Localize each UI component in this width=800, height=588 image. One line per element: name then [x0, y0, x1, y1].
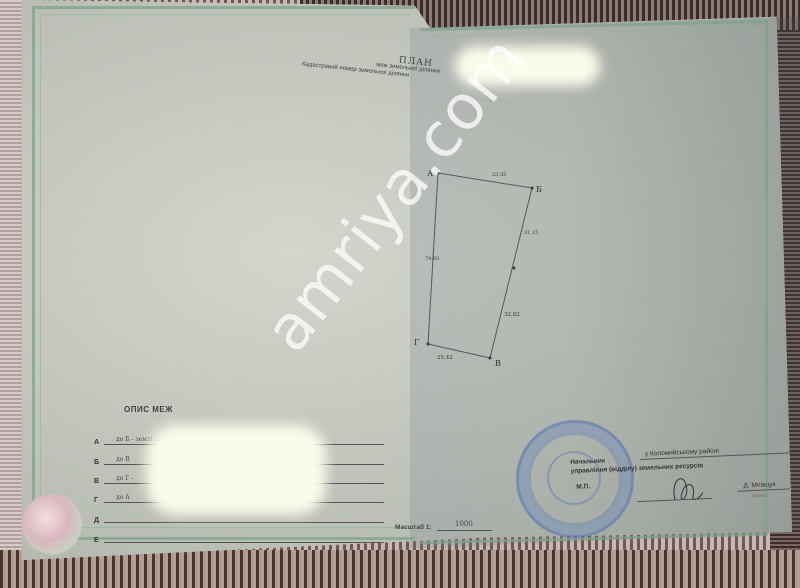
boundaries-title: ОПИС МЕЖ: [124, 405, 173, 414]
boundary-row: Е: [94, 530, 384, 544]
scale-value: 1000: [455, 520, 473, 528]
segment-length-ab: 23,55: [492, 172, 506, 178]
plot-outline: [428, 173, 532, 358]
scale-label: Масштаб 1:: [395, 524, 432, 531]
hologram-sticker: [22, 494, 82, 554]
boundary-text: до Г -: [116, 475, 133, 482]
boundary-text: до А: [116, 494, 130, 501]
boundary-line: [104, 542, 384, 543]
segment-length-ga: 74,03: [425, 256, 439, 262]
boundary-letter: Е: [94, 537, 99, 544]
point-label-v: В: [495, 359, 501, 368]
point-label-g: Г: [414, 338, 419, 347]
scale-block: Масштаб 1: 1000: [395, 524, 432, 531]
redacted-boundary-details: [146, 425, 326, 515]
point-label-b: Б: [536, 185, 542, 194]
segment-length-vg: 25,42: [437, 355, 453, 361]
photo-scene: ПЛАН меж земельної ділянки Кадастровий н…: [0, 0, 800, 588]
handwritten-signature: [666, 468, 708, 510]
scale-underline: [437, 530, 492, 531]
official-stamp: [516, 420, 634, 538]
boundary-text: до В: [116, 456, 130, 463]
stamp-place-mark: М.П.: [576, 483, 590, 491]
segment-length-b-mid: 31,15: [524, 230, 538, 236]
boundary-letter: Г: [94, 497, 98, 504]
boundary-letter: Д: [94, 517, 99, 524]
boundary-letter: В: [94, 478, 99, 485]
boundary-line: [104, 522, 384, 523]
boundary-letter: Б: [94, 459, 99, 466]
boundary-letter: А: [94, 439, 99, 446]
official-name-caption: (підпис): [752, 492, 767, 498]
official-name: Д. Мігащук: [743, 481, 776, 489]
segment-length-mid-v: 32,82: [504, 312, 520, 318]
